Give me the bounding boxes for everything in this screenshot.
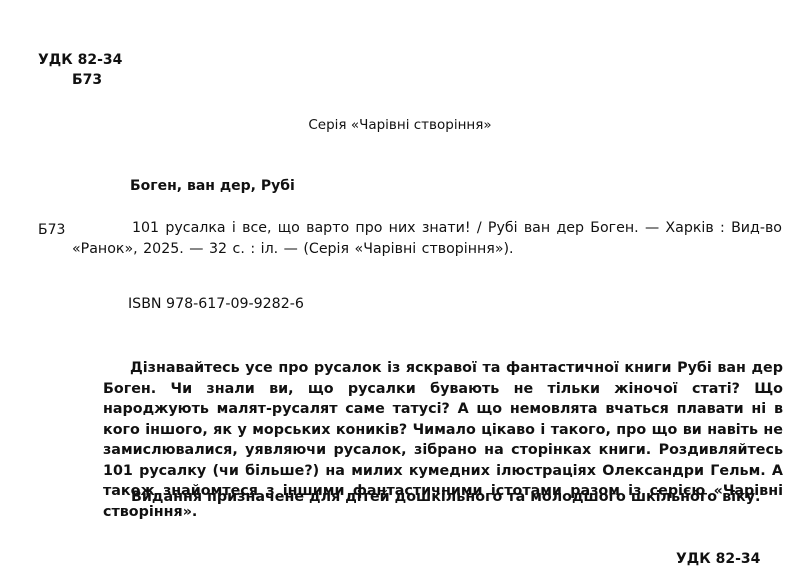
udk-code-top: УДК 82-34 <box>38 52 122 68</box>
author-mark-left: Б73 <box>38 222 65 238</box>
author-heading: Боген, ван дер, Рубі <box>130 178 295 194</box>
bibliographic-entry: 101 русалка і все, що варто про них знат… <box>72 218 782 260</box>
author-mark-top: Б73 <box>72 72 102 88</box>
udk-code-bottom: УДК 82-34 <box>676 551 760 567</box>
series-line: Серія «Чарівні створіння» <box>0 117 800 133</box>
audience-note: Видання призначене для дітей дошкільного… <box>131 489 761 505</box>
isbn: ISBN 978-617-09-9282-6 <box>128 296 304 312</box>
